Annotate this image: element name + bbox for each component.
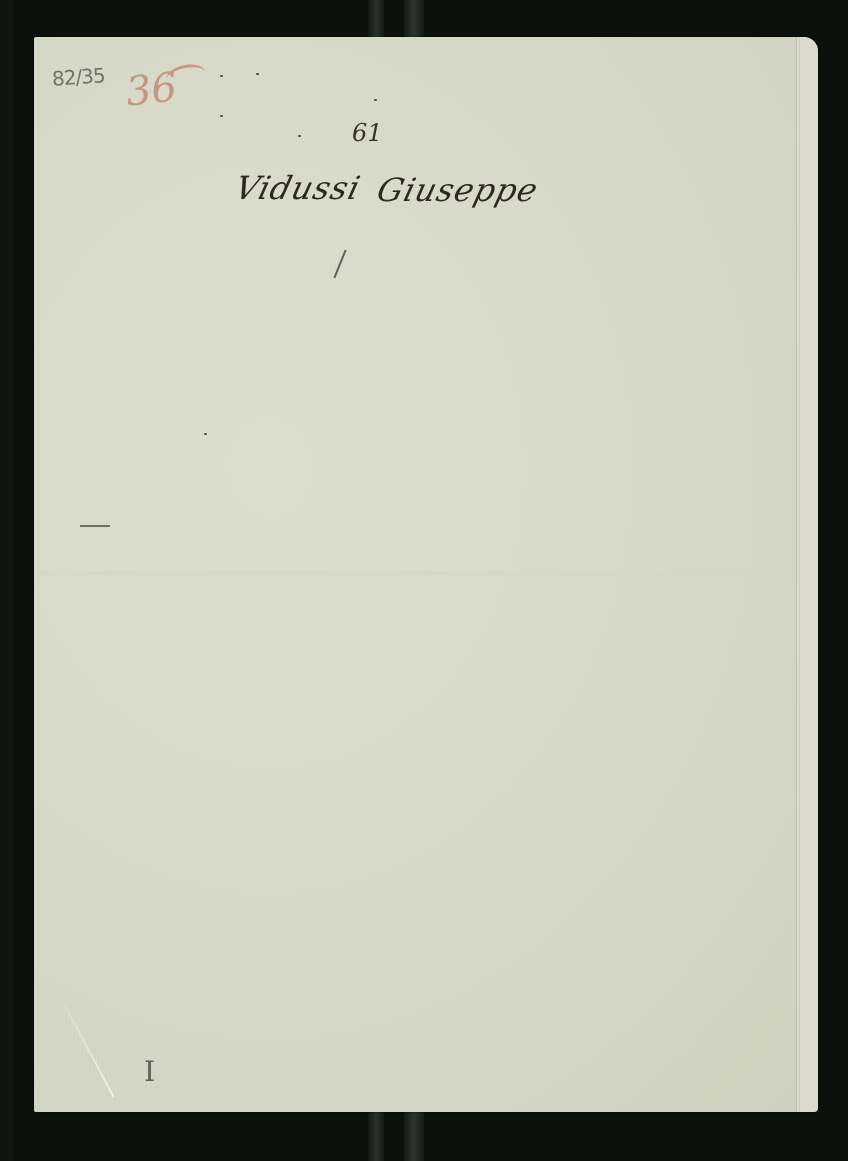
name-given: Giuseppe (373, 171, 542, 209)
background-edge (0, 0, 14, 1161)
horizontal-crease (34, 572, 798, 575)
paper-folded-edge (800, 37, 818, 1112)
archive-reference: 82/35 (51, 63, 105, 91)
pencil-mark-one (333, 250, 346, 279)
pencil-dash-mark (80, 525, 110, 527)
roman-numeral: I (144, 1055, 155, 1088)
folio-number: 61 (352, 119, 383, 147)
corner-crease (54, 986, 114, 1097)
paper-sheet: 82/35 36 61 Vidussi Giuseppe I (34, 37, 818, 1112)
name-surname: Vidussi (231, 169, 364, 207)
